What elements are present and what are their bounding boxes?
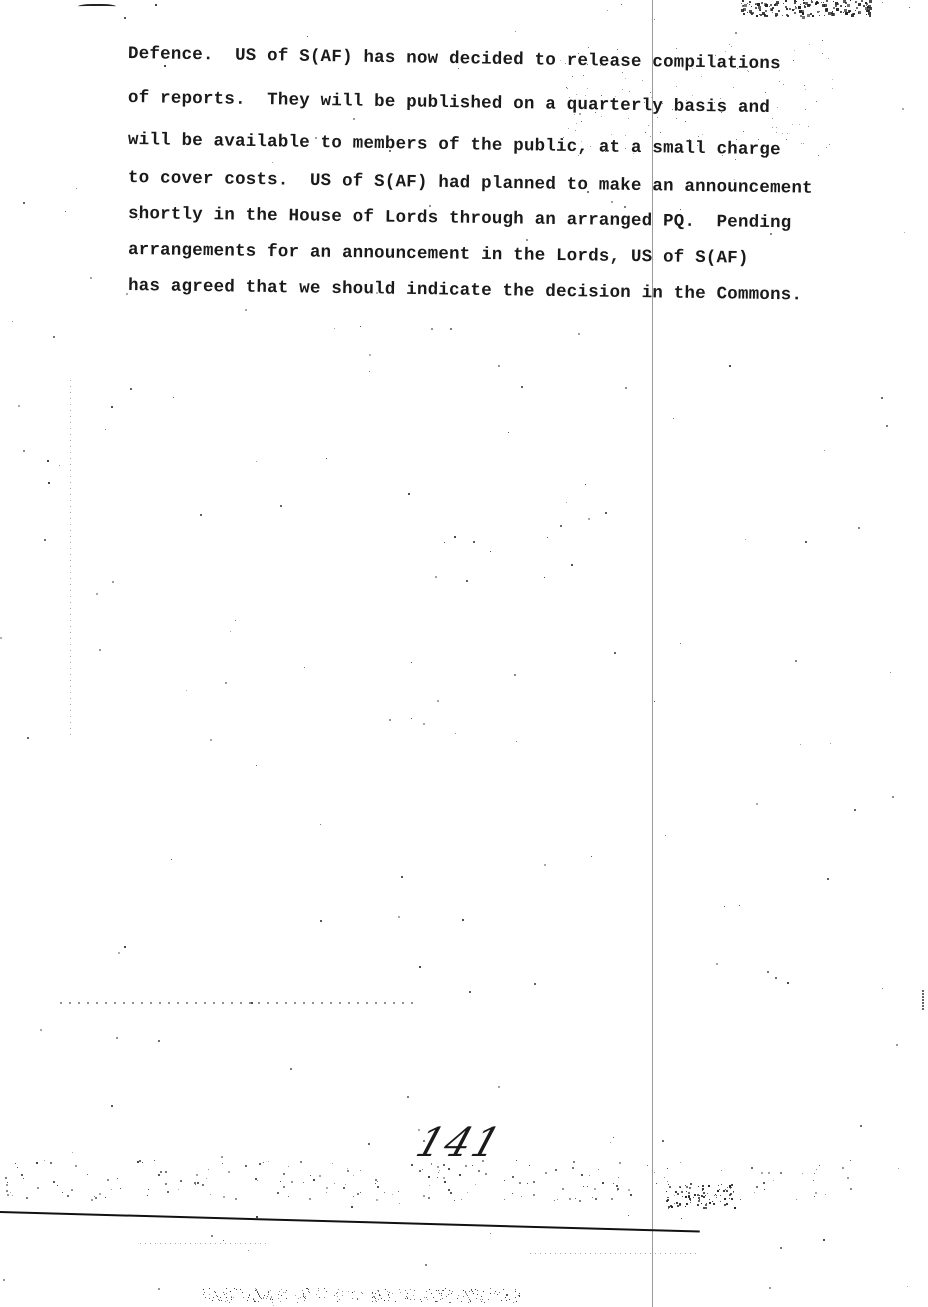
speck [855, 2, 856, 3]
speck [444, 1181, 446, 1183]
speck [213, 1297, 214, 1298]
speck [70, 542, 71, 543]
speck [426, 1297, 427, 1298]
speck [799, 124, 800, 125]
speck [611, 1198, 613, 1200]
speck [519, 1293, 520, 1294]
speck [808, 4, 809, 5]
speck [288, 1196, 289, 1197]
speck [70, 554, 71, 555]
speck [816, 1, 818, 3]
speck [731, 46, 732, 47]
speck [816, 2, 818, 4]
speck [307, 1288, 308, 1289]
speck [811, 1, 813, 3]
speck [261, 1298, 262, 1299]
speck [850, 1188, 852, 1190]
speck [681, 1218, 682, 1219]
speck [508, 432, 509, 433]
speck [159, 1002, 161, 1004]
speck [348, 1002, 350, 1004]
speck [421, 1301, 422, 1302]
speck [200, 514, 202, 516]
speck [617, 49, 618, 50]
speck [398, 1191, 399, 1192]
speck [845, 12, 848, 15]
speck [272, 1302, 273, 1303]
speck [518, 1295, 519, 1296]
speck [579, 1200, 581, 1202]
speck [837, 3, 839, 5]
speck [40, 1029, 42, 1031]
speck [867, 6, 869, 8]
speck [697, 1194, 699, 1196]
speck [268, 1161, 269, 1162]
speck [105, 1002, 107, 1004]
speck [743, 13, 745, 15]
speck [581, 1174, 583, 1176]
speck [267, 1296, 268, 1297]
speck [793, 60, 794, 61]
speck [303, 1293, 304, 1294]
speck [378, 1299, 379, 1300]
speck [369, 371, 370, 372]
speck [395, 1301, 396, 1302]
speck [775, 15, 777, 17]
speck [749, 1, 751, 3]
speck [230, 1243, 231, 1244]
speck [202, 1184, 204, 1186]
speck [379, 1294, 380, 1295]
speck [90, 277, 92, 279]
speck [407, 1096, 409, 1098]
speck [155, 4, 157, 6]
speck [775, 977, 777, 979]
speck [743, 5, 744, 6]
speck [120, 1188, 121, 1189]
speck [869, 15, 871, 17]
speck [70, 686, 71, 687]
speck [770, 233, 772, 235]
speck [802, 12, 804, 14]
speck [587, 88, 588, 89]
speck [213, 1002, 215, 1004]
speck [375, 1293, 376, 1294]
speck [240, 1243, 241, 1244]
speck [235, 620, 236, 621]
speck [714, 1195, 715, 1196]
speck [516, 1160, 517, 1161]
speck [832, 88, 833, 89]
speck [180, 1180, 182, 1182]
speck [225, 1301, 226, 1302]
speck [829, 144, 830, 145]
speck [776, 127, 777, 128]
speck [818, 155, 819, 156]
speck [381, 1298, 382, 1299]
speck [70, 470, 71, 471]
speck [648, 125, 649, 126]
speck [448, 1294, 449, 1295]
speck [429, 1289, 430, 1290]
speck [476, 1298, 477, 1299]
speck [150, 1243, 151, 1244]
speck [611, 201, 613, 203]
speck [804, 85, 805, 86]
speck [796, 1199, 797, 1200]
speck [320, 824, 321, 825]
speck [882, 988, 883, 989]
speck [808, 126, 809, 127]
speck [70, 404, 71, 405]
speck [240, 1289, 241, 1290]
speck [826, 8, 828, 10]
speck [70, 680, 71, 681]
speck [99, 1193, 101, 1195]
speck [594, 1188, 596, 1190]
speck [817, 2, 819, 4]
speck [506, 1300, 507, 1301]
speck [855, 1, 857, 3]
speck [265, 1243, 266, 1244]
speck [210, 1243, 211, 1244]
handwritten-page-number: 141 [411, 1120, 508, 1166]
speck [730, 1188, 731, 1189]
speck [701, 76, 702, 77]
speck [822, 53, 823, 54]
speck [698, 136, 699, 137]
speck [761, 1172, 763, 1174]
speck [755, 3, 757, 5]
speck [203, 1294, 204, 1295]
speck [304, 1300, 305, 1301]
speck [729, 1186, 731, 1188]
speck [290, 1068, 292, 1070]
speck [803, 0, 804, 1]
speck [840, 5, 842, 7]
speck [799, 10, 802, 13]
speck [70, 602, 71, 603]
speck [843, 12, 844, 13]
speck [471, 1289, 472, 1290]
speck [307, 36, 308, 37]
speck [689, 1198, 691, 1200]
speck [669, 1186, 671, 1188]
speck [519, 1182, 521, 1184]
speck [755, 4, 756, 5]
speck [831, 12, 833, 14]
speck [780, 1172, 782, 1174]
speck [843, 0, 846, 3]
speck [645, 1253, 646, 1254]
speck [519, 1295, 520, 1296]
speck [735, 32, 737, 34]
speck [800, 4, 801, 5]
speck [853, 13, 855, 15]
speck [70, 506, 71, 507]
speck [399, 1203, 400, 1204]
speck [70, 572, 71, 573]
speck [112, 581, 114, 583]
speck [465, 1292, 466, 1293]
speck [67, 1195, 69, 1197]
speck [812, 15, 814, 17]
speck [850, 1160, 851, 1161]
speck [440, 1299, 441, 1300]
speck [613, 1137, 614, 1138]
speck [376, 1199, 378, 1201]
speck [384, 1002, 386, 1004]
speck [670, 1253, 671, 1254]
speck [675, 1253, 676, 1254]
speck [865, 7, 868, 10]
speck [70, 440, 71, 441]
speck [75, 1165, 77, 1167]
speck [516, 741, 517, 742]
speck [23, 450, 25, 452]
speck [378, 1291, 379, 1292]
speck [484, 1302, 485, 1303]
speck [70, 548, 71, 549]
speck [772, 7, 774, 9]
speck [527, 1183, 528, 1184]
speck [253, 1298, 254, 1299]
speck [822, 40, 823, 41]
speck [742, 5, 744, 7]
speck [840, 11, 842, 13]
speck [716, 1197, 717, 1198]
speck [756, 803, 758, 805]
speck [613, 1183, 614, 1184]
speck [819, 15, 820, 16]
speck [70, 458, 71, 459]
speck [635, 1253, 636, 1254]
speck [324, 1297, 325, 1298]
speck [389, 1292, 390, 1293]
speck [761, 2, 763, 4]
speck [429, 1185, 430, 1186]
speck [766, 15, 768, 17]
speck [272, 1299, 273, 1300]
speck [105, 429, 106, 430]
speck [70, 476, 71, 477]
speck [467, 1295, 468, 1296]
speck [388, 1300, 389, 1301]
speck [516, 1301, 517, 1302]
speck [410, 1299, 411, 1300]
speck [702, 1188, 704, 1190]
speck [436, 1301, 437, 1302]
speck [485, 1173, 487, 1175]
speck [205, 1243, 206, 1244]
speck [909, 7, 910, 8]
speck [557, 1199, 558, 1200]
speck [337, 1296, 338, 1297]
speck [473, 1293, 474, 1294]
speck [377, 1181, 378, 1182]
speck [566, 502, 567, 503]
speck [731, 1187, 732, 1188]
speck [338, 1289, 339, 1290]
speck [701, 1195, 703, 1197]
speck [242, 1292, 243, 1293]
speck [667, 1197, 668, 1198]
speck [148, 1189, 149, 1190]
speck [468, 1302, 469, 1303]
speck [751, 13, 753, 15]
speck [377, 1186, 379, 1188]
speck [17, 1167, 18, 1168]
speck [607, 10, 608, 11]
speck [96, 1002, 98, 1004]
speck [303, 1182, 304, 1183]
speck [221, 1156, 223, 1158]
speck [318, 1290, 319, 1291]
speck [209, 1288, 210, 1289]
speck [720, 1195, 721, 1196]
speck [786, 14, 788, 16]
speck [907, 1286, 908, 1287]
speck [856, 7, 858, 9]
speck [278, 1294, 279, 1295]
speck [475, 1184, 476, 1185]
speck [449, 1290, 450, 1291]
speck [690, 1200, 691, 1201]
speck [554, 1200, 555, 1201]
speck [225, 682, 227, 684]
speck [414, 1299, 415, 1300]
speck [255, 1290, 256, 1291]
speck [477, 1294, 478, 1295]
speck [375, 1002, 377, 1004]
speck [210, 739, 212, 741]
speck [158, 1040, 160, 1042]
speck [273, 1305, 274, 1306]
speck [360, 326, 361, 327]
speck [739, 905, 740, 906]
speck [832, 11, 833, 12]
speck [747, 3, 748, 4]
speck [686, 1186, 688, 1188]
speck [680, 1253, 681, 1254]
speck [591, 856, 592, 857]
speck [833, 1, 834, 2]
speck [411, 662, 412, 663]
speck [922, 1002, 924, 1004]
speck [427, 1299, 428, 1300]
speck [70, 650, 71, 651]
speck [804, 6, 806, 8]
speck [352, 1298, 353, 1299]
speck [208, 1169, 209, 1170]
speck [723, 1190, 725, 1192]
speck [724, 1198, 726, 1200]
speck [450, 1302, 451, 1303]
speck [245, 1243, 246, 1244]
speck [297, 1302, 298, 1303]
speck [223, 1196, 225, 1198]
speck [320, 920, 322, 922]
speck [848, 10, 849, 11]
speck [490, 551, 491, 552]
speck [76, 188, 77, 189]
speck [230, 1291, 231, 1292]
speck [922, 1005, 924, 1007]
speck [347, 1170, 349, 1172]
speck [255, 1243, 256, 1244]
speck [217, 1296, 218, 1297]
speck [750, 12, 752, 14]
speck [286, 1290, 287, 1291]
speck [751, 1167, 753, 1169]
speck [70, 614, 71, 615]
speck [419, 966, 421, 968]
speck [70, 560, 71, 561]
speck [689, 1187, 691, 1189]
speck [372, 1301, 373, 1302]
speck [787, 133, 788, 134]
speck [785, 0, 787, 2]
speck [332, 1163, 333, 1164]
speck [70, 512, 71, 513]
speck [177, 1002, 179, 1004]
speck [555, 1253, 556, 1254]
speck [675, 1191, 677, 1193]
speck [450, 1192, 452, 1194]
speck [610, 1253, 611, 1254]
speck [783, 3, 784, 4]
speck [165, 1243, 166, 1244]
speck [668, 1184, 669, 1185]
speck [7, 1194, 9, 1196]
speck [867, 8, 869, 10]
speck [794, 9, 795, 10]
speck [375, 1300, 376, 1301]
speck [263, 1298, 264, 1299]
speck [731, 1184, 733, 1186]
speck [375, 1183, 376, 1184]
speck [50, 1162, 52, 1164]
text-line: to cover costs. US of S(AF) had planned … [128, 168, 813, 199]
speck [437, 1166, 439, 1168]
speck [70, 674, 71, 675]
speck [298, 1298, 299, 1299]
speck [473, 541, 475, 543]
speck [220, 1243, 221, 1244]
speck [70, 620, 71, 621]
speck [831, 13, 832, 14]
speck [576, 123, 577, 124]
speck [867, 10, 869, 12]
speck [719, 1189, 720, 1190]
speck [547, 537, 548, 538]
speck [825, 8, 828, 11]
speck [260, 1243, 261, 1244]
speck [376, 1301, 377, 1302]
speck [866, 3, 868, 5]
speck [827, 878, 829, 880]
speck [760, 14, 762, 16]
speck [600, 1253, 601, 1254]
speck [324, 1288, 325, 1289]
speck [249, 1295, 250, 1296]
speck [860, 1125, 862, 1127]
speck [272, 162, 273, 163]
speck [457, 1298, 458, 1299]
speck [69, 1002, 71, 1004]
speck [688, 1192, 690, 1194]
speck [233, 1297, 234, 1298]
